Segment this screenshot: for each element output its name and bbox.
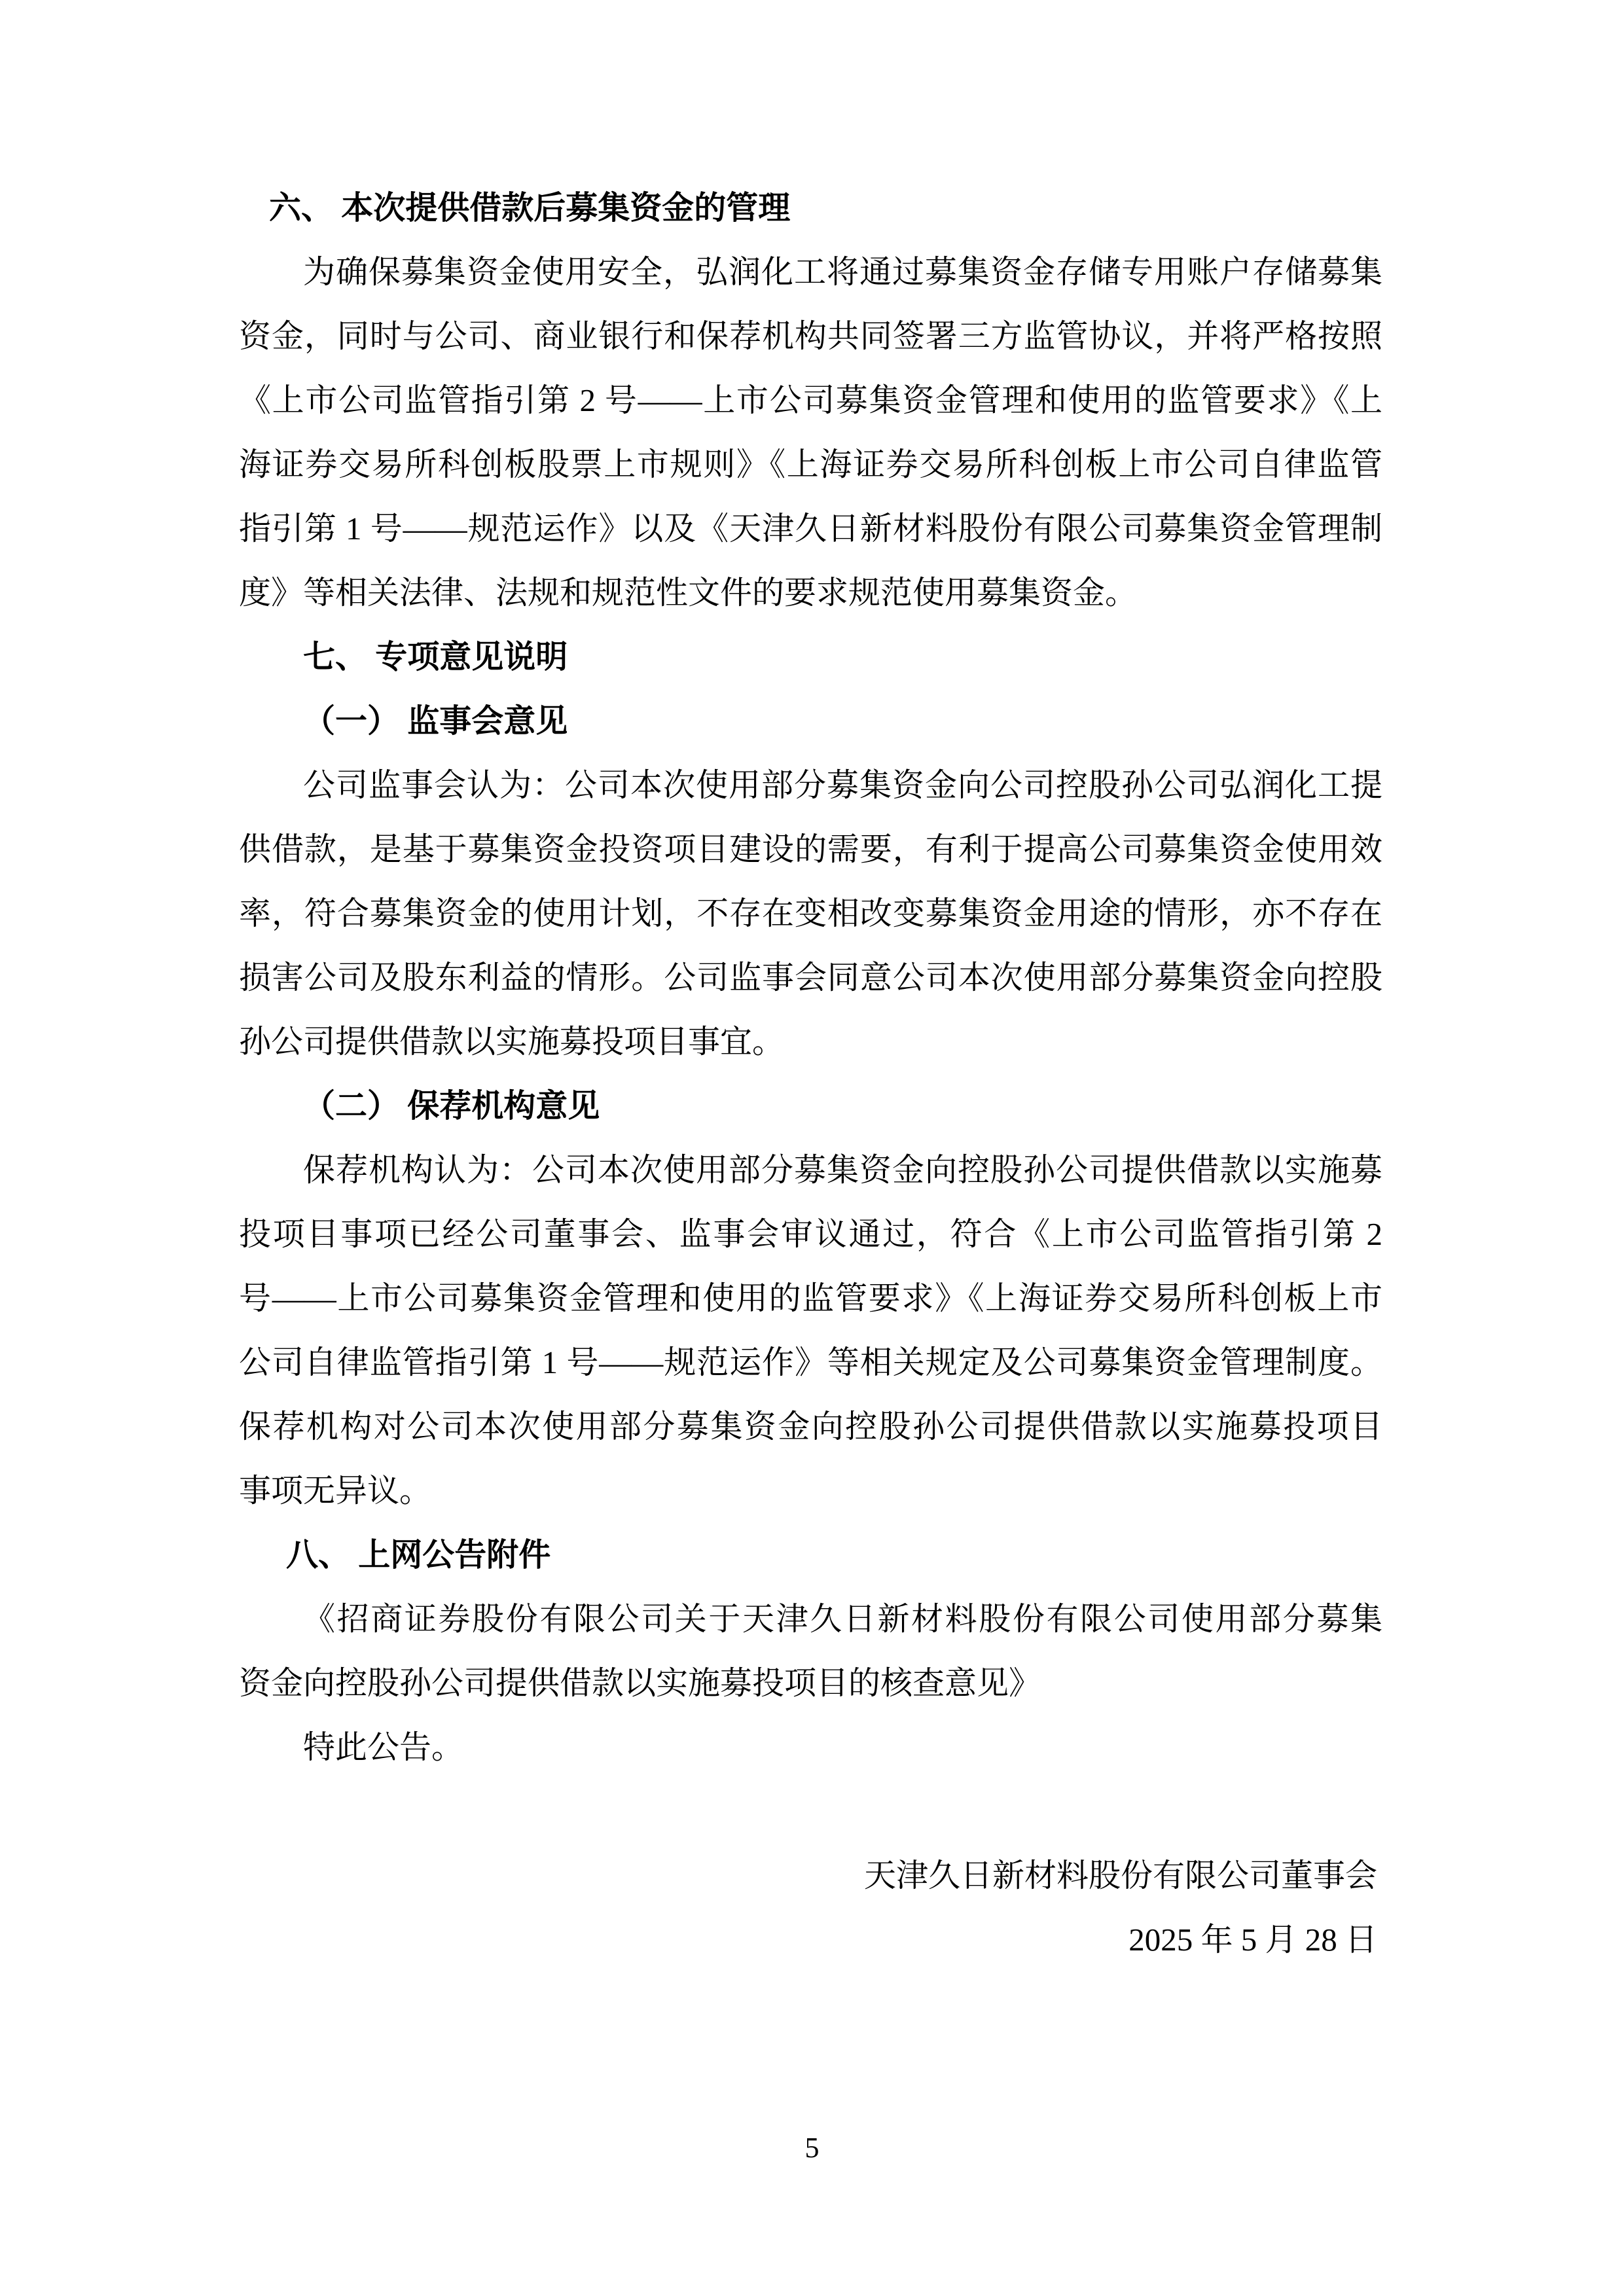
paragraph-line: 供借款，是基于募集资金投资项目建设的需要，有利于提高公司募集资金使用效 [239,817,1382,882]
paragraph-line: 《招商证券股份有限公司关于天津久日新材料股份有限公司使用部分募集 [239,1587,1382,1651]
paragraph-line: 度》等相关法律、法规和规范性文件的要求规范使用募集资金。 [239,561,1382,625]
section-heading-six: 六、 本次提供借款后募集资金的管理 [239,176,1382,240]
paragraph-line: 公司自律监管指引第 1 号——规范运作》等相关规定及公司募集资金管理制度。 [239,1331,1382,1395]
paragraph-line: 孙公司提供借款以实施募投项目事宜。 [239,1010,1382,1074]
paragraph-line: 指引第 1 号——规范运作》以及《天津久日新材料股份有限公司募集资金管理制 [239,497,1382,561]
subsection-heading-supervisory-board: （一） 监事会意见 [239,689,1382,753]
paragraph-line: 保荐机构认为：公司本次使用部分募集资金向控股孙公司提供借款以实施募 [239,1138,1382,1202]
closing-statement: 特此公告。 [239,1715,1382,1780]
page-number: 5 [0,2119,1624,2178]
paragraph-line: 率，符合募集资金的使用计划，不存在变相改变募集资金用途的情形，亦不存在 [239,882,1382,946]
paragraph-line: 事项无异议。 [239,1459,1382,1523]
section-heading-eight: 八、 上网公告附件 [239,1523,1382,1587]
paragraph-line: 保荐机构对公司本次使用部分募集资金向控股孙公司提供借款以实施募投项目 [239,1395,1382,1459]
blank-line [239,1780,1382,1844]
document-body: 六、 本次提供借款后募集资金的管理 为确保募集资金使用安全，弘润化工将通过募集资… [239,176,1382,1972]
paragraph-line: 损害公司及股东利益的情形。公司监事会同意公司本次使用部分募集资金向控股 [239,946,1382,1010]
subsection-heading-sponsor: （二） 保荐机构意见 [239,1074,1382,1138]
signature-line: 天津久日新材料股份有限公司董事会 [239,1844,1382,1908]
paragraph-line: 投项目事项已经公司董事会、监事会审议通过，符合《上市公司监管指引第 2 [239,1202,1382,1266]
document-page: 六、 本次提供借款后募集资金的管理 为确保募集资金使用安全，弘润化工将通过募集资… [0,0,1624,2296]
paragraph-line: 海证券交易所科创板股票上市规则》《上海证券交易所科创板上市公司自律监管 [239,433,1382,497]
section-heading-seven: 七、 专项意见说明 [239,625,1382,689]
paragraph-line: 号——上市公司募集资金管理和使用的监管要求》《上海证券交易所科创板上市 [239,1266,1382,1331]
date-line: 2025 年 5 月 28 日 [239,1908,1382,1972]
paragraph-line: 公司监事会认为：公司本次使用部分募集资金向公司控股孙公司弘润化工提 [239,753,1382,817]
paragraph-line: 资金向控股孙公司提供借款以实施募投项目的核查意见》 [239,1651,1382,1715]
paragraph-line: 《上市公司监管指引第 2 号——上市公司募集资金管理和使用的监管要求》《上 [239,368,1382,433]
paragraph-line: 为确保募集资金使用安全，弘润化工将通过募集资金存储专用账户存储募集 [239,240,1382,304]
paragraph-line: 资金，同时与公司、商业银行和保荐机构共同签署三方监管协议，并将严格按照 [239,304,1382,368]
